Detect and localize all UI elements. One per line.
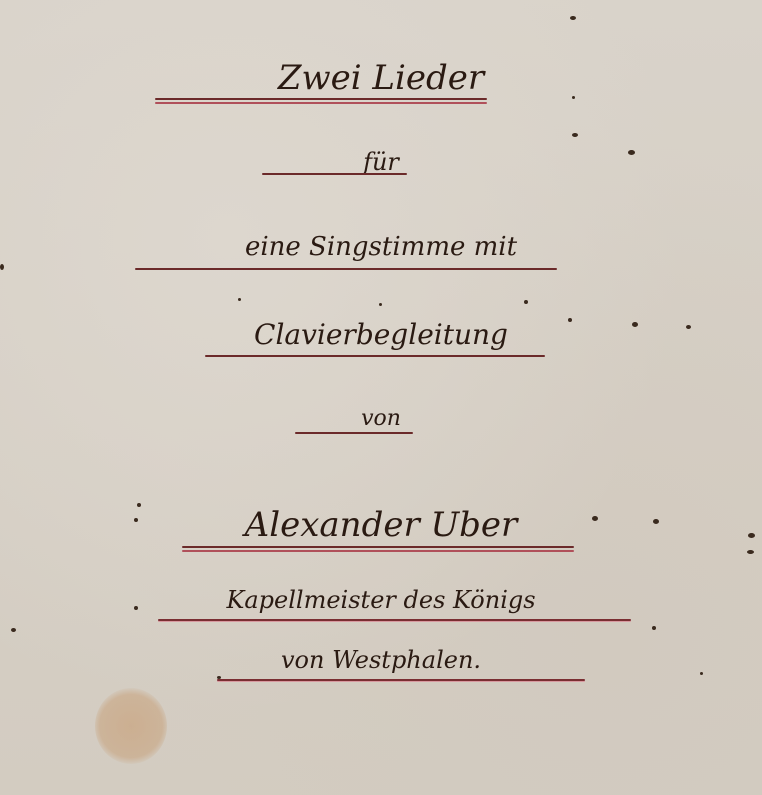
by-line: von <box>0 406 762 431</box>
ink-speck <box>700 672 703 675</box>
ink-speck <box>572 96 575 99</box>
ink-speck <box>568 318 572 322</box>
ink-speck <box>570 16 576 20</box>
for-text: für <box>363 148 399 176</box>
ink-speck <box>628 150 635 155</box>
ink-speck <box>572 133 578 137</box>
composer-underline <box>182 546 574 548</box>
for-line: für <box>0 148 762 176</box>
ink-speck <box>653 519 659 524</box>
voice-line: eine Singstimme mit <box>0 232 762 262</box>
ink-speck <box>217 676 221 679</box>
title-line: Zwei Lieder <box>0 58 762 98</box>
ink-speck <box>592 516 598 521</box>
ink-speck <box>134 518 138 522</box>
accompaniment-line: Clavierbegleitung <box>0 318 762 351</box>
ink-speck <box>137 503 141 507</box>
title-underline <box>155 98 487 100</box>
water-stain <box>95 688 167 764</box>
ink-speck <box>748 533 755 538</box>
ink-speck <box>238 298 241 301</box>
by-underline <box>295 432 413 434</box>
ink-speck <box>134 606 138 610</box>
composer-name: Alexander Uber <box>245 505 518 545</box>
accompaniment-text: Clavierbegleitung <box>254 318 508 351</box>
ink-speck <box>11 628 16 632</box>
ink-speck <box>747 550 754 554</box>
document-page: Zwei Lieder für eine Singstimme mit Clav… <box>0 0 762 795</box>
title-text: Zwei Lieder <box>278 58 484 98</box>
kingdom-underline <box>217 679 585 681</box>
ink-speck <box>652 626 656 630</box>
position-underline <box>158 619 631 621</box>
position-line: Kapellmeister des Königs <box>0 586 762 614</box>
position-text: Kapellmeister des Königs <box>226 586 535 614</box>
kingdom-line: von Westphalen. <box>0 646 762 674</box>
ink-speck <box>686 325 691 329</box>
by-text: von <box>361 406 401 431</box>
composer-line: Alexander Uber <box>0 505 762 545</box>
accompaniment-underline <box>205 355 545 357</box>
kingdom-text: von Westphalen. <box>281 646 481 674</box>
for-underline <box>262 173 407 175</box>
ink-speck <box>524 300 528 304</box>
ink-speck <box>379 303 382 306</box>
ink-speck <box>632 322 638 327</box>
ink-speck <box>0 264 4 270</box>
voice-text: eine Singstimme mit <box>245 232 517 262</box>
voice-underline <box>135 268 557 270</box>
